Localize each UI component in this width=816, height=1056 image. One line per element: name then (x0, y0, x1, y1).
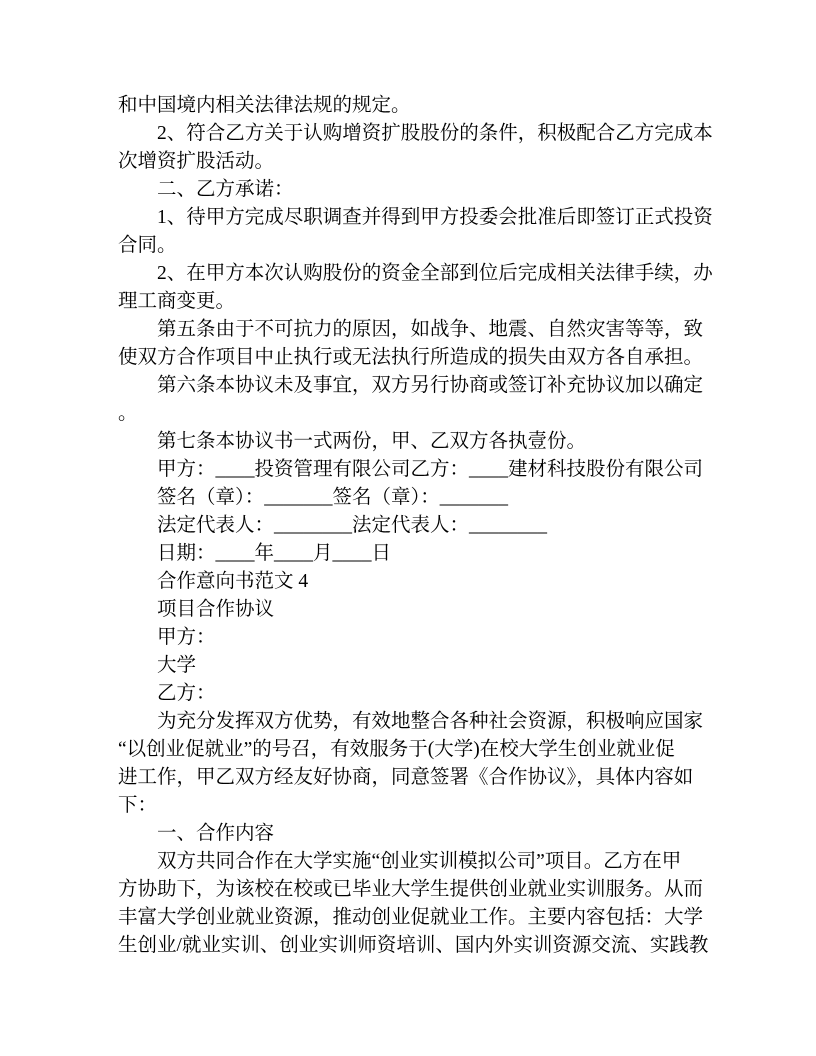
document-page: 和中国境内相关法律法规的规定。2、符合乙方关于认购增资扩股股份的条件，积极配合乙… (0, 0, 816, 1056)
text-line: 和中国境内相关法律法规的规定。 (118, 92, 700, 120)
text-line: 签名（章）：_______签名（章）：_______ (118, 484, 700, 512)
text-line: 丰富大学创业就业资源，推动创业促就业工作。主要内容包括：大学 (118, 904, 700, 932)
text-line: 合同。 (118, 232, 700, 260)
text-line: 双方共同合作在大学实施“创业实训模拟公司”项目。乙方在甲 (118, 848, 700, 876)
text-line: 法定代表人：________法定代表人：________ (118, 512, 700, 540)
text-line: 第七条本协议书一式两份，甲、乙双方各执壹份。 (118, 428, 700, 456)
text-line: 为充分发挥双方优势，有效地整合各种社会资源，积极响应国家 (118, 708, 700, 736)
text-line: 使双方合作项目中止执行或无法执行所造成的损失由双方各自承担。 (118, 344, 700, 372)
text-line: 方协助下，为该校在校或已毕业大学生提供创业就业实训服务。从而 (118, 876, 700, 904)
text-line: 2、在甲方本次认购股份的资金全部到位后完成相关法律手续，办 (118, 260, 700, 288)
text-line: 合作意向书范文 4 (118, 568, 700, 596)
text-line: “以创业促就业”的号召，有效服务于(大学)在校大学生创业就业促 (118, 736, 700, 764)
text-line: 理工商变更。 (118, 288, 700, 316)
text-line: 项目合作协议 (118, 596, 700, 624)
text-line: 次增资扩股活动。 (118, 148, 700, 176)
text-line: 日期：____年____月____日 (118, 540, 700, 568)
text-line: 一、合作内容 (118, 820, 700, 848)
text-line: 甲方： (118, 624, 700, 652)
text-line: 。 (118, 400, 700, 428)
text-line: 进工作，甲乙双方经友好协商，同意签署《合作协议》，具体内容如 (118, 764, 700, 792)
text-line: 生创业/就业实训、创业实训师资培训、国内外实训资源交流、实践教 (118, 932, 700, 960)
text-line: 1、待甲方完成尽职调查并得到甲方投委会批准后即签订正式投资 (118, 204, 700, 232)
text-line: 第五条由于不可抗力的原因，如战争、地震、自然灾害等等，致 (118, 316, 700, 344)
text-line: 下： (118, 792, 700, 820)
text-line: 二、乙方承诺： (118, 176, 700, 204)
text-line: 2、符合乙方关于认购增资扩股股份的条件，积极配合乙方完成本 (118, 120, 700, 148)
document-body: 和中国境内相关法律法规的规定。2、符合乙方关于认购增资扩股股份的条件，积极配合乙… (118, 92, 700, 960)
text-line: 乙方： (118, 680, 700, 708)
text-line: 第六条本协议未及事宜，双方另行协商或签订补充协议加以确定 (118, 372, 700, 400)
text-line: 大学 (118, 652, 700, 680)
text-line: 甲方：____投资管理有限公司乙方：____建材科技股份有限公司 (118, 456, 700, 484)
